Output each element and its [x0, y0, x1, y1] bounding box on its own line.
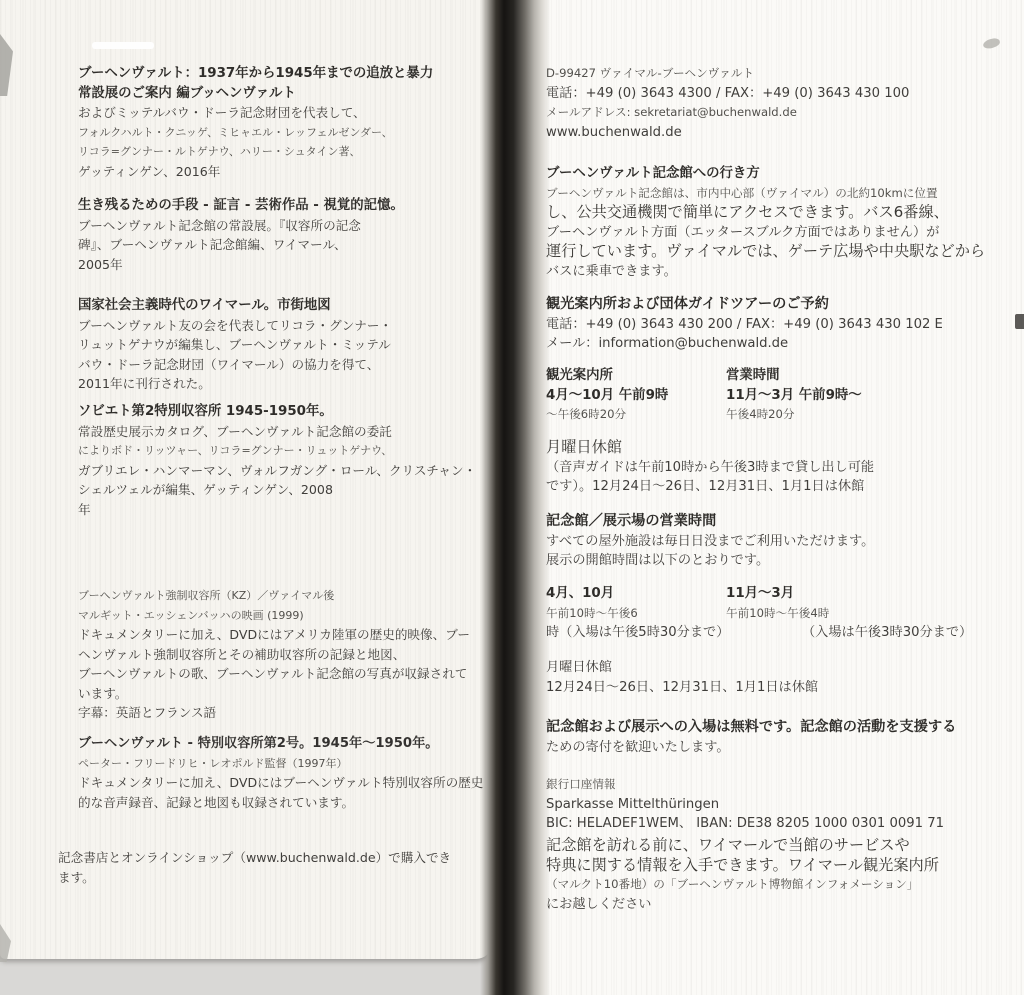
text-line: ガブリエレ・ハンマーマン、ヴォルフガング・ロール、クリスチャン・: [78, 461, 478, 481]
november-march-column: 11月〜3月 午前10時〜午後4時 （入場は午後3時30分まで）: [726, 584, 1016, 643]
text-line: すべての屋外施設は毎日日没までご利用いただけます。: [546, 532, 1016, 552]
text-line: 午前10時〜午後4時: [726, 604, 1016, 624]
text-line: 碑』、ブーヘンヴァルト記念館編、ワイマール、: [78, 235, 478, 255]
column-heading: 11月〜3月: [726, 584, 1016, 604]
dvd-special-camp-no2-film: ブーヘンヴァルト - 特別収容所第2号。1945年〜1950年。 ペーター・フリ…: [78, 734, 478, 812]
section-heading: 銀行口座情報: [546, 775, 1016, 795]
brochure-left-page: ブーヘンヴァルト：1937年から1945年までの追放と暴力 常設展のご案内 編ブ…: [0, 0, 492, 959]
text-line: メール：information@buchenwald.de: [546, 334, 1016, 354]
text-line: バウ・ドーラ記念財団（ワイマール）の協力を得て、: [78, 355, 478, 375]
text-line: 運行しています。ヴァイマルでは、ゲーテ広場や中央駅などから: [546, 242, 1016, 262]
publication-means-of-survival: 生き残るための手段 - 証言 - 芸術作品 - 視覚的記憶。 ブーヘンヴァルト記…: [78, 196, 478, 274]
text-line: （音声ガイドは午前10時から午後3時まで貸し出し可能: [546, 458, 1016, 478]
text-line: 字幕：英語とフランス語: [78, 703, 478, 723]
admission-free-note: 記念館および展示への入場は無料です。記念館の活動を支援する ための寄付を歓迎いた…: [546, 718, 1016, 757]
text-line: 的な音声録音、記録と地図も収録されています。: [78, 793, 478, 813]
brochure-right-page: D-99427 ヴァイマル-ブーヘンヴァルト 電話：+49 (0) 3643 4…: [536, 0, 1024, 995]
text-line: 特典に関する情報を入手できます。ワイマール観光案内所: [546, 856, 1016, 876]
text-line: 電話：+49 (0) 3643 430 200 / FAX：+49 (0) 36…: [546, 315, 1016, 335]
text-line: 常設展のご案内 編ブッヘンヴァルト: [78, 84, 478, 104]
text-line: ブーヘンヴァルト：1937年から1945年までの追放と暴力: [78, 64, 478, 84]
text-line: フォルクハルト・クニッゲ、ミヒャエル・レッフェルゼンダー、: [78, 123, 478, 143]
publication-weimar-city-map: 国家社会主義時代のワイマール。市街地図 ブーヘンヴァルト友の会を代表してリコラ・…: [78, 296, 478, 394]
text-line: 午後4時20分: [726, 405, 1016, 425]
text-line: ための寄付を歓迎いたします。: [546, 738, 1016, 758]
memorial-address-contact: D-99427 ヴァイマル-ブーヘンヴァルト 電話：+49 (0) 3643 4…: [546, 64, 1016, 142]
tour-booking-section: 観光案内所および団体ガイドツアーのご予約 電話：+49 (0) 3643 430…: [546, 295, 1016, 354]
column-heading: 観光案内所: [546, 366, 726, 386]
dvd-buchenwald-kz-film: ブーヘンヴァルト強制収容所（KZ）／ヴァイマル後 マルギット・エッシェンバッハの…: [78, 586, 478, 723]
text-line: ヘンヴァルト強制収容所とその補助収容所の記録と地図、: [78, 645, 478, 665]
text-line: にお越しください: [546, 895, 1016, 915]
text-line: です）。12月24日〜26日、12月31日、1月1日は休館: [546, 477, 1016, 497]
memorial-website-url: www.buchenwald.de: [546, 123, 1016, 143]
info-office-column: 観光案内所 4月〜10月 午前9時 〜午後6時20分: [546, 366, 726, 425]
purchase-note: 記念書店とオンラインショップ（www.buchenwald.de）で購入でき ま…: [58, 848, 478, 887]
section-heading: ブーヘンヴァルト記念館への行き方: [546, 164, 1016, 184]
column-heading: 営業時間: [726, 366, 1016, 386]
exhibition-hours-table: 4月、10月 午前10時〜午後6 時（入場は午後5時30分まで） 11月〜3月 …: [546, 584, 1016, 643]
text-line: ドキュメンタリーに加え、DVDにはブーヘンヴァルト特別収容所の歴史: [78, 773, 478, 793]
publication-soviet-special-camp: ソビエト第2特別収容所 1945-1950年。 常設歴史展示カタログ、ブーヘンヴ…: [78, 402, 478, 519]
text-line: ブーヘンヴァルト友の会を代表してリコラ・グンナー・: [78, 316, 478, 336]
text-line: 時（入場は午後5時30分まで）: [546, 623, 726, 643]
bank-bic-iban: BIC: HELADEF1WEM、 IBAN: DE38 8205 1000 0…: [546, 814, 1016, 834]
text-line: によりボド・リッツャー、リコラ=グンナー・リュットゲナウ、: [78, 441, 478, 461]
scanned-brochure-spread: ブーヘンヴァルト：1937年から1945年までの追放と暴力 常設展のご案内 編ブ…: [0, 0, 1024, 995]
text-line: 電話：+49 (0) 3643 4300 / FAX：+49 (0) 3643 …: [546, 84, 1016, 104]
text-line: ブーヘンヴァルト記念館は、市内中心部（ヴァイマル）の北約10kmに位置: [546, 184, 1016, 204]
text-line: 年: [78, 500, 478, 520]
text-line: 展示の開館時間は以下のとおりです。: [546, 551, 1016, 571]
text-line: マルギット・エッシェンバッハの映画 (1999): [78, 606, 478, 626]
column-heading: 4月、10月: [546, 584, 726, 604]
text-line: 月曜日休館: [546, 438, 1016, 458]
april-october-column: 4月、10月 午前10時〜午後6 時（入場は午後5時30分まで）: [546, 584, 726, 643]
text-line: ゲッティンゲン、2016年: [78, 162, 478, 182]
text-line: バスに乗車できます。: [546, 262, 1016, 282]
section-heading: 記念館／展示場の営業時間: [546, 512, 1016, 532]
text-line: 11月〜3月 午前9時〜: [726, 386, 1016, 406]
publication-1937-expulsion-violence: ブーヘンヴァルト：1937年から1945年までの追放と暴力 常設展のご案内 編ブ…: [78, 64, 478, 181]
text-line: 常設歴史展示カタログ、ブーヘンヴァルト記念館の委託: [78, 422, 478, 442]
text-line: 午前10時〜午後6: [546, 604, 726, 624]
text-line: ます。: [58, 868, 478, 888]
text-line: 2011年に刊行された。: [78, 374, 478, 394]
text-line: 2005年: [78, 255, 478, 275]
info-office-hours-table: 観光案内所 4月〜10月 午前9時 〜午後6時20分 営業時間 11月〜3月 午…: [546, 366, 1016, 425]
text-line: 国家社会主義時代のワイマール。市街地図: [78, 296, 478, 316]
info-office-closed-note: 月曜日休館 （音声ガイドは午前10時から午後3時まで貸し出し可能 です）。12月…: [546, 438, 1016, 497]
text-line: ソビエト第2特別収容所 1945-1950年。: [78, 402, 478, 422]
text-line: 〜午後6時20分: [546, 405, 726, 425]
text-line: D-99427 ヴァイマル-ブーヘンヴァルト: [546, 64, 1016, 84]
text-line: メールアドレス: sekretariat@buchenwald.de: [546, 103, 1016, 123]
text-line: （入場は午後3時30分まで）: [802, 623, 1016, 643]
text-line: およびミッテルバウ・ドーラ記念財団を代表して、: [78, 103, 478, 123]
text-line: ブーヘンヴァルトの歌、ブーヘンヴァルト記念館の写真が収録されて: [78, 664, 478, 684]
text-line: 月曜日休館: [546, 658, 1016, 678]
text-line: います。: [78, 684, 478, 704]
bank-account-info: 銀行口座情報 Sparkasse Mittelthüringen BIC: HE…: [546, 775, 1016, 834]
text-line: 記念館および展示への入場は無料です。記念館の活動を支援する: [546, 718, 1016, 738]
text-line: 生き残るための手段 - 証言 - 芸術作品 - 視覚的記憶。: [78, 196, 478, 216]
visitor-information-note: 記念館を訪れる前に、ワイマールで当館のサービスや 特典に関する情報を入手できます…: [546, 836, 1016, 914]
text-line: ブーヘンヴァルト記念館の常設展。『収容所の記念: [78, 216, 478, 236]
exhibition-closed-note: 月曜日休館 12月24日〜26日、12月31日、1月1日は休館: [546, 658, 1016, 697]
text-line: 記念館を訪れる前に、ワイマールで当館のサービスや: [546, 836, 1016, 856]
text-line: （マルクト10番地）の「ブーヘンヴァルト博物館インフォメーション」: [546, 875, 1016, 895]
section-heading: 観光案内所および団体ガイドツアーのご予約: [546, 295, 1016, 315]
text-line: ドキュメンタリーに加え、DVDにはアメリカ陸軍の歴史的映像、ブー: [78, 625, 478, 645]
text-line: ペーター・フリードリヒ・レオポルド監督（1997年）: [78, 754, 478, 774]
text-line: ブーヘンヴァルト方面（エッタースブルク方面ではありません）が: [546, 223, 1016, 243]
text-line: し、公共交通機関で簡単にアクセスできます。バス6番線、: [546, 203, 1016, 223]
text-line: ブーヘンヴァルト - 特別収容所第2号。1945年〜1950年。: [78, 734, 478, 754]
text-line: 4月〜10月 午前9時: [546, 386, 726, 406]
business-hours-column: 営業時間 11月〜3月 午前9時〜 午後4時20分: [726, 366, 1016, 425]
bank-name: Sparkasse Mittelthüringen: [546, 795, 1016, 815]
memorial-opening-hours-section: 記念館／展示場の営業時間 すべての屋外施設は毎日日没までご利用いただけます。 展…: [546, 512, 1016, 571]
text-line: 記念書店とオンラインショップ（www.buchenwald.de）で購入でき: [58, 848, 478, 868]
text-line: リュットゲナウが編集し、ブーヘンヴァルト・ミッテル: [78, 335, 478, 355]
text-line: リコラ=グンナー・ルトゲナウ、ハリー・シュタイン著、: [78, 142, 478, 162]
text-line: 12月24日〜26日、12月31日、1月1日は休館: [546, 678, 1016, 698]
text-line: シェルツェルが編集、ゲッティンゲン、2008: [78, 480, 478, 500]
text-line: ブーヘンヴァルト強制収容所（KZ）／ヴァイマル後: [78, 586, 478, 606]
directions-section: ブーヘンヴァルト記念館への行き方 ブーヘンヴァルト記念館は、市内中心部（ヴァイマ…: [546, 164, 1016, 281]
